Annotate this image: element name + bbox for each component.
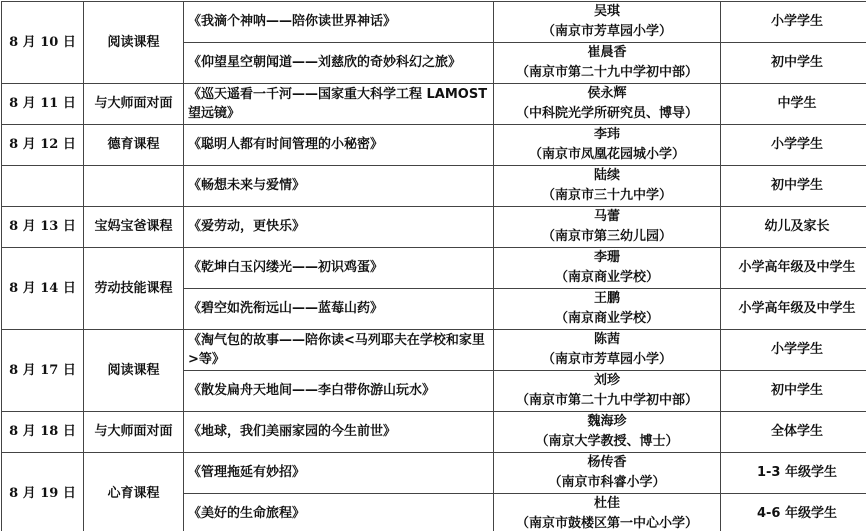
speaker-cell: 李玮（南京市凤凰花园城小学）	[494, 125, 721, 166]
course-title: 《畅想未来与爱情》	[184, 166, 494, 207]
table-row: 8 月 19 日 心育课程 《管理拖延有妙招》 杨传香（南京市科睿小学） 1-3…	[2, 453, 866, 494]
speaker-cell: 崔晨香（南京市第二十九中学初中部）	[494, 43, 721, 84]
speaker-org: （南京市芳草园小学）	[498, 22, 716, 42]
speaker-cell: 李珊（南京商业学校）	[494, 248, 721, 289]
course-title: 《乾坤白玉闪缕光——初识鸡蛋》	[184, 248, 494, 289]
table-row: 8 月 14 日 劳动技能课程 《乾坤白玉闪缕光——初识鸡蛋》 李珊（南京商业学…	[2, 248, 866, 289]
audience-cell: 小学高年级及中学生	[721, 248, 866, 289]
course-title: 《地球，我们美丽家园的今生前世》	[184, 412, 494, 453]
course-title: 《美好的生命旅程》	[184, 494, 494, 531]
table-row: 8 月 11 日 与大师面对面 《巡天遥看一千河——国家重大科学工程 LAMOS…	[2, 84, 866, 125]
course-title: 《聪明人都有时间管理的小秘密》	[184, 125, 494, 166]
table-row: 8 月 10 日 阅读课程 《我滴个神呐——陪你读世界神话》 吴琪（南京市芳草园…	[2, 2, 866, 43]
speaker-cell: 马蕾（南京市第三幼儿园）	[494, 207, 721, 248]
table-row: 8 月 13 日 宝妈宝爸课程 《爱劳动，更快乐》 马蕾（南京市第三幼儿园） 幼…	[2, 207, 866, 248]
speaker-name: 侯永辉	[498, 84, 716, 104]
speaker-org: （中科院光学所研究员、博导）	[498, 104, 716, 124]
audience-cell: 中学生	[721, 84, 866, 125]
speaker-org: （南京市鼓楼区第一中心小学）	[498, 514, 716, 531]
date-cell	[2, 166, 84, 207]
schedule-table: 8 月 10 日 阅读课程 《我滴个神呐——陪你读世界神话》 吴琪（南京市芳草园…	[1, 1, 866, 531]
course-title: 《管理拖延有妙招》	[184, 453, 494, 494]
speaker-org: （南京市三十九中学）	[498, 186, 716, 206]
category-cell: 宝妈宝爸课程	[84, 207, 184, 248]
audience-cell: 小学学生	[721, 2, 866, 43]
category-cell: 德育课程	[84, 125, 184, 166]
course-title: 《我滴个神呐——陪你读世界神话》	[184, 2, 494, 43]
audience-cell: 幼儿及家长	[721, 207, 866, 248]
audience-cell: 小学学生	[721, 125, 866, 166]
speaker-cell: 魏海珍（南京大学教授、博士）	[494, 412, 721, 453]
speaker-name: 崔晨香	[498, 43, 716, 63]
date-cell: 8 月 19 日	[2, 453, 84, 531]
course-title: 《爱劳动，更快乐》	[184, 207, 494, 248]
date-cell: 8 月 12 日	[2, 125, 84, 166]
speaker-name: 杜佳	[498, 494, 716, 514]
speaker-org: （南京商业学校）	[498, 309, 716, 329]
date-cell: 8 月 17 日	[2, 330, 84, 412]
speaker-name: 陈茜	[498, 330, 716, 350]
speaker-cell: 陆续（南京市三十九中学）	[494, 166, 721, 207]
course-title: 《仰望星空朝闻道——刘慈欣的奇妙科幻之旅》	[184, 43, 494, 84]
date-cell: 8 月 14 日	[2, 248, 84, 330]
audience-cell: 4-6 年级学生	[721, 494, 866, 531]
category-cell: 劳动技能课程	[84, 248, 184, 330]
category-cell: 与大师面对面	[84, 412, 184, 453]
table-row: 8 月 18 日 与大师面对面 《地球，我们美丽家园的今生前世》 魏海珍（南京大…	[2, 412, 866, 453]
table-row: 《畅想未来与爱情》 陆续（南京市三十九中学） 初中学生	[2, 166, 866, 207]
audience-cell: 初中学生	[721, 43, 866, 84]
course-title: 《散发扁舟天地间——李白带你游山玩水》	[184, 371, 494, 412]
date-cell: 8 月 18 日	[2, 412, 84, 453]
speaker-org: （南京市凤凰花园城小学）	[498, 145, 716, 165]
speaker-org: （南京市第二十九中学初中部）	[498, 391, 716, 411]
audience-cell: 全体学生	[721, 412, 866, 453]
speaker-name: 李玮	[498, 125, 716, 145]
speaker-name: 李珊	[498, 248, 716, 268]
course-title: 《巡天遥看一千河——国家重大科学工程 LAMOST 望远镜》	[184, 84, 494, 125]
speaker-cell: 侯永辉（中科院光学所研究员、博导）	[494, 84, 721, 125]
audience-cell: 1-3 年级学生	[721, 453, 866, 494]
speaker-name: 魏海珍	[498, 412, 716, 432]
audience-cell: 初中学生	[721, 166, 866, 207]
speaker-org: （南京市科睿小学）	[498, 473, 716, 493]
table-row: 8 月 12 日 德育课程 《聪明人都有时间管理的小秘密》 李玮（南京市凤凰花园…	[2, 125, 866, 166]
category-cell: 与大师面对面	[84, 84, 184, 125]
date-cell: 8 月 11 日	[2, 84, 84, 125]
speaker-cell: 吴琪（南京市芳草园小学）	[494, 2, 721, 43]
audience-cell: 小学高年级及中学生	[721, 289, 866, 330]
audience-cell: 初中学生	[721, 371, 866, 412]
speaker-org: （南京大学教授、博士）	[498, 432, 716, 452]
speaker-org: （南京市第三幼儿园）	[498, 227, 716, 247]
date-cell: 8 月 10 日	[2, 2, 84, 84]
speaker-name: 王鹏	[498, 289, 716, 309]
speaker-cell: 王鹏（南京商业学校）	[494, 289, 721, 330]
course-title: 《碧空如洗衔远山——蓝莓山药》	[184, 289, 494, 330]
speaker-name: 刘珍	[498, 371, 716, 391]
speaker-cell: 杜佳（南京市鼓楼区第一中心小学）	[494, 494, 721, 531]
date-cell: 8 月 13 日	[2, 207, 84, 248]
table-row: 8 月 17 日 阅读课程 《淘气包的故事——陪你读<马列耶夫在学校和家里>等》…	[2, 330, 866, 371]
speaker-name: 马蕾	[498, 207, 716, 227]
category-cell: 阅读课程	[84, 2, 184, 84]
speaker-org: （南京市芳草园小学）	[498, 350, 716, 370]
speaker-org: （南京商业学校）	[498, 268, 716, 288]
speaker-name: 杨传香	[498, 453, 716, 473]
category-cell	[84, 166, 184, 207]
speaker-name: 吴琪	[498, 2, 716, 22]
speaker-cell: 刘珍（南京市第二十九中学初中部）	[494, 371, 721, 412]
speaker-name: 陆续	[498, 166, 716, 186]
speaker-cell: 陈茜（南京市芳草园小学）	[494, 330, 721, 371]
speaker-cell: 杨传香（南京市科睿小学）	[494, 453, 721, 494]
category-cell: 心育课程	[84, 453, 184, 531]
category-cell: 阅读课程	[84, 330, 184, 412]
speaker-org: （南京市第二十九中学初中部）	[498, 63, 716, 83]
course-title: 《淘气包的故事——陪你读<马列耶夫在学校和家里>等》	[184, 330, 494, 371]
audience-cell: 小学学生	[721, 330, 866, 371]
